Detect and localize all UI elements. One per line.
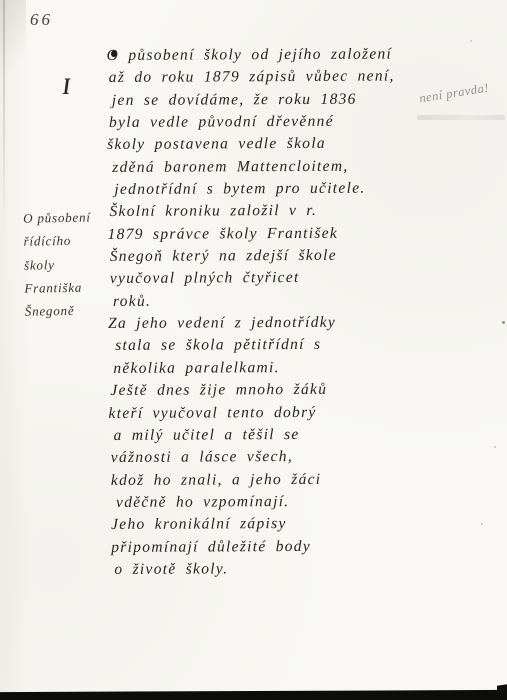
handwritten-line: vděčně ho vzpomínají.	[116, 490, 483, 514]
margin-note-line: O působení	[23, 205, 107, 230]
handwritten-body-text: O působení školy od jejího založení až d…	[109, 43, 484, 581]
handwritten-line: zděná baronem Mattencloitem,	[112, 155, 481, 179]
handwritten-line: a milý učitel a těšil se	[114, 423, 483, 447]
margin-note-left: O působení řídícího školy Františka Šneg…	[23, 205, 109, 323]
section-mark-roman-numeral: I	[63, 74, 70, 100]
handwritten-line: byla vedle původní dřevěnné	[109, 110, 481, 134]
scan-black-band	[0, 690, 507, 700]
handwritten-line: roků.	[113, 289, 482, 313]
handwritten-line: Jeho kronikální zápisy	[111, 512, 483, 536]
scan-speck	[470, 40, 472, 42]
scan-speck	[481, 523, 483, 525]
handwritten-line: stala se škola pětitřídní s	[115, 333, 482, 357]
handwritten-line: jednotřídní s bytem pro učitele.	[114, 177, 481, 201]
handwritten-line: Za jeho vedení z jednotřídky	[108, 311, 482, 335]
pencil-smudge	[417, 115, 505, 120]
handwritten-line: kteří vyučoval tento dobrý	[108, 401, 482, 425]
handwritten-line: O působení školy od jejího založení	[107, 43, 481, 67]
handwritten-line: 1879 správce školy František	[108, 222, 482, 246]
handwritten-line: Ještě dnes žije mnoho žáků	[110, 378, 482, 402]
margin-note-line: školy	[24, 252, 108, 277]
handwritten-line: školy postavena vedle škola	[107, 132, 481, 156]
handwritten-line: až do roku 1879 zápisů vůbec není,	[109, 65, 481, 89]
scanned-chronicle-page: 66 I O působení řídícího školy Františka…	[0, 0, 507, 700]
page-number: 66	[30, 10, 53, 30]
scan-speck	[502, 321, 505, 324]
scan-speck	[494, 446, 496, 448]
handwritten-line: vážnosti a lásce všech,	[111, 445, 483, 469]
handwritten-line: vyučoval plných čtyřicet	[110, 266, 482, 290]
handwritten-line: Šnegoň který na zdejší škole	[110, 244, 482, 268]
handwritten-line: Školní kroniku založil v r.	[109, 199, 481, 223]
handwritten-line: připomínají důležité body	[111, 535, 483, 559]
scan-corner-shadow	[0, 0, 26, 90]
margin-note-line: řídícího	[23, 229, 107, 254]
handwritten-line: několika paralelkami.	[113, 356, 482, 380]
handwritten-line: kdož ho znali, a jeho žáci	[111, 468, 483, 492]
handwritten-line: o životě školy.	[114, 557, 483, 581]
margin-note-line: Šnegoně	[25, 298, 109, 323]
scan-black-band-notch	[497, 684, 507, 692]
margin-note-line: Františka	[24, 275, 108, 300]
